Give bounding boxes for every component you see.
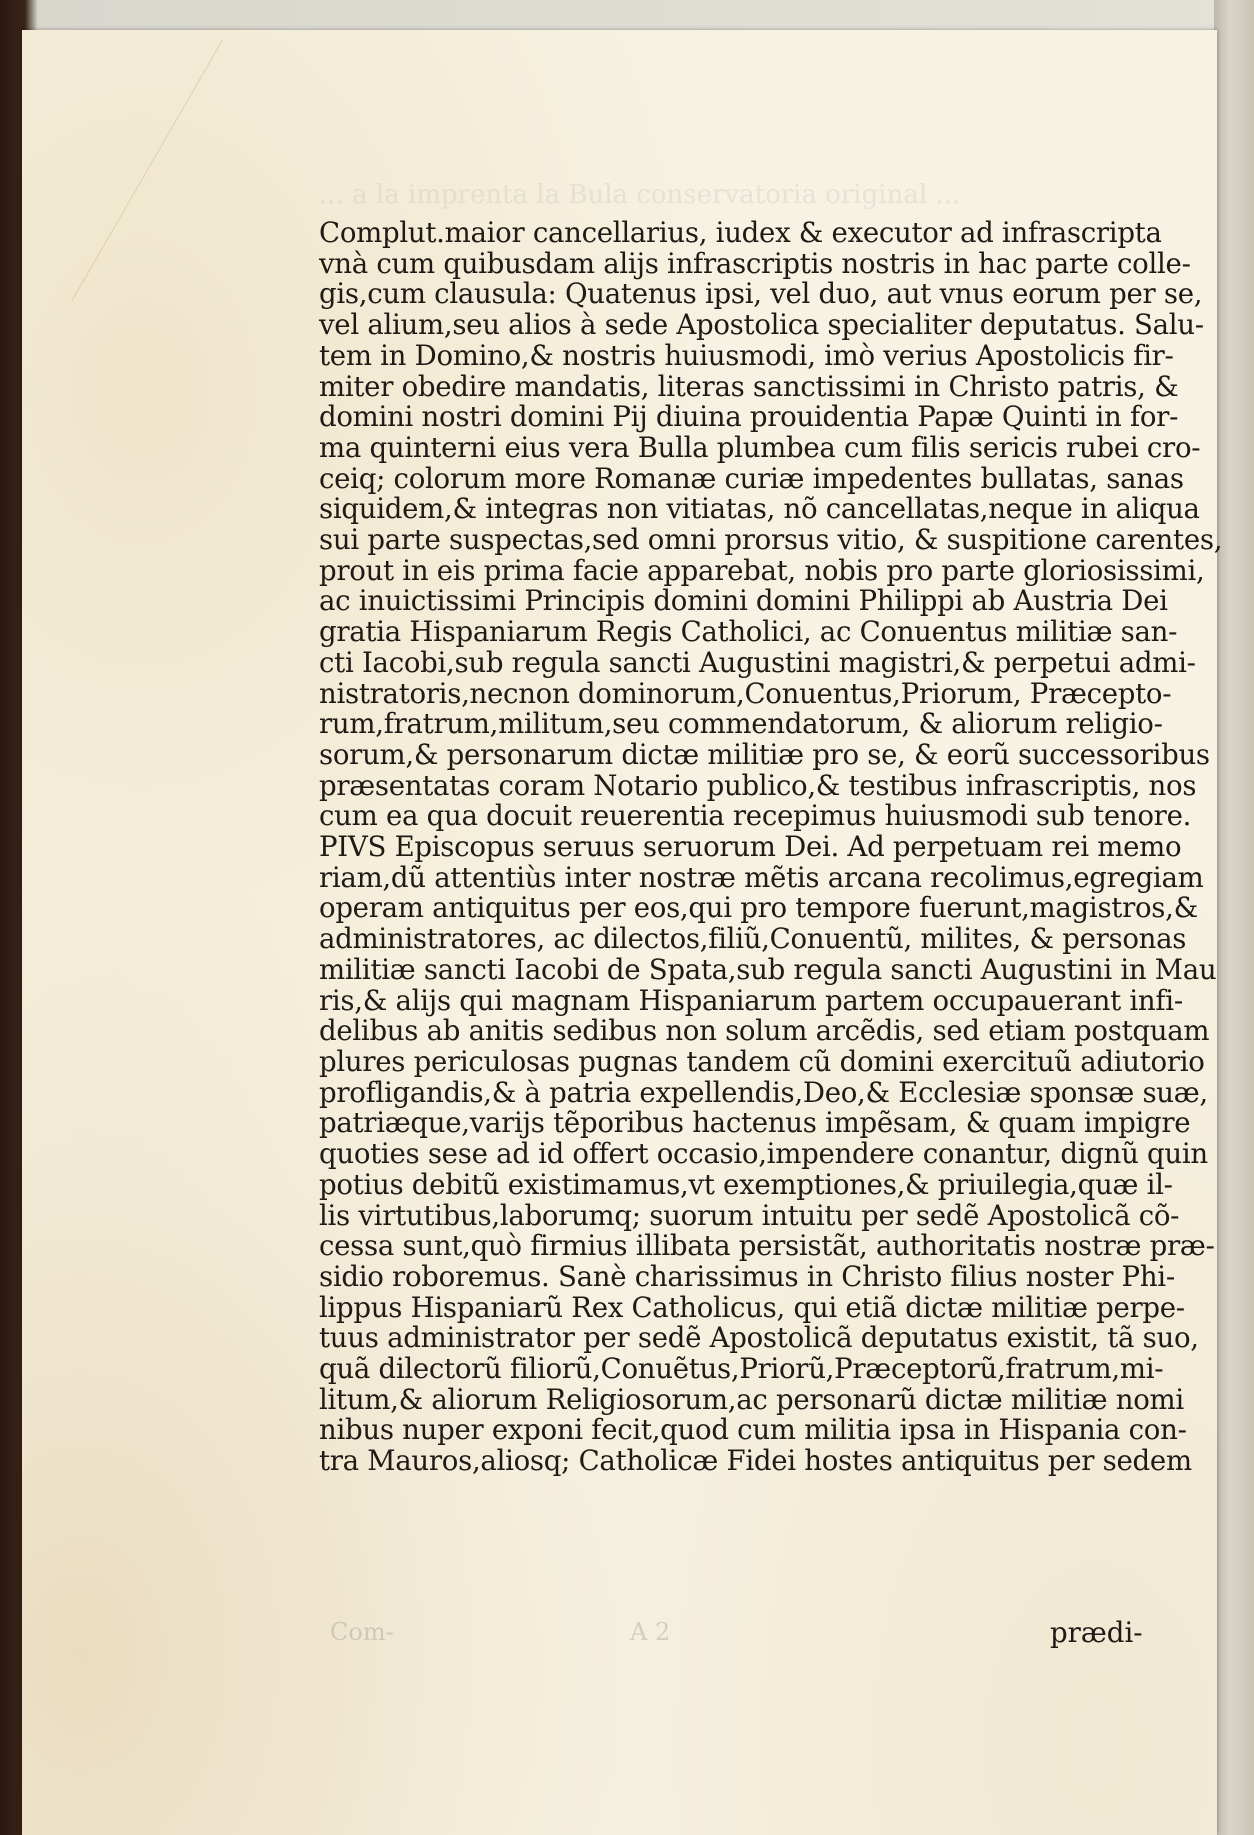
text-line: profligandis,& à patria expellendis,Deo,…	[319, 1078, 1131, 1109]
text-line: patriæque,varijs tẽporibus hactenus impẽ…	[319, 1108, 1131, 1139]
text-line: sidio roboremus. Sanè charissimus in Chr…	[319, 1262, 1131, 1293]
text-line: vel alium,seu alios à sede Apostolica sp…	[319, 310, 1131, 341]
text-line: quoties sese ad id offert occasio,impend…	[319, 1139, 1131, 1170]
text-line: plures periculosas pugnas tandem cũ domi…	[319, 1047, 1131, 1078]
bleed-through-top-line: ... a la imprenta la Bula conservatoria …	[319, 180, 960, 210]
text-line: riam,dũ attentiùs inter nostræ mẽtis arc…	[319, 863, 1131, 894]
text-line: vnà cum quibusdam alijs infrascriptis no…	[319, 249, 1131, 280]
text-line: Complut.maior cancellarius, iudex & exec…	[319, 218, 1131, 249]
text-line: ris,& alijs qui magnam Hispaniarum parte…	[319, 986, 1131, 1017]
text-line: nibus nuper exponi fecit,quod cum militi…	[319, 1415, 1131, 1446]
text-line: prout in eis prima facie apparebat, nobi…	[319, 556, 1131, 587]
bleed-through-text: ... a la imprenta la Bula conservatoria …	[319, 180, 1131, 210]
bleed-signature: A 2	[630, 1618, 670, 1646]
text-line: sorum,& personarum dictæ militiæ pro se,…	[319, 740, 1131, 771]
text-line: litum,& aliorum Religiosorum,ac personar…	[319, 1385, 1131, 1416]
catchword: prædi-	[1050, 1616, 1143, 1649]
text-line: ma quinterni eius vera Bulla plumbea cum…	[319, 433, 1131, 464]
text-line: miter obedire mandatis, literas sanctiss…	[319, 372, 1131, 403]
text-line: cessa sunt,quò firmius illibata persistã…	[319, 1231, 1131, 1262]
text-line: cti Iacobi,sub regula sancti Augustini m…	[319, 648, 1131, 679]
adjacent-page-edge	[1214, 0, 1254, 1835]
body-text: Complut.maior cancellarius, iudex & exec…	[319, 218, 1131, 1477]
text-line: quã dilectorũ filiorũ,Conuẽtus,Priorũ,Pr…	[319, 1354, 1131, 1385]
text-line: gratia Hispaniarum Regis Catholici, ac C…	[319, 617, 1131, 648]
text-line: nistratoris,necnon dominorum,Conuentus,P…	[319, 679, 1131, 710]
text-line: rum,fratrum,militum,seu commendatorum, &…	[319, 709, 1131, 740]
text-line: militiæ sancti Iacobi de Spata,sub regul…	[319, 955, 1131, 986]
text-line: ceiq; colorum more Romanæ curiæ impedent…	[319, 464, 1131, 495]
text-line: lis virtutibus,laborumq; suorum intuitu …	[319, 1201, 1131, 1232]
text-line: delibus ab anitis sedibus non solum arcẽ…	[319, 1016, 1131, 1047]
text-line: potius debitũ existimamus,vt exemptiones…	[319, 1170, 1131, 1201]
text-line: operam antiquitus per eos,qui pro tempor…	[319, 893, 1131, 924]
bleed-catchword: Com-	[330, 1618, 394, 1646]
text-line: domini nostri domini Pij diuina prouiden…	[319, 402, 1131, 433]
text-line: tem in Domino,& nostris huiusmodi, imò v…	[319, 341, 1131, 372]
text-line: præsentatas coram Notario publico,& test…	[319, 771, 1131, 802]
text-line: lippus Hispaniarũ Rex Catholicus, qui et…	[319, 1293, 1131, 1324]
text-line: sui parte suspectas,sed omni prorsus vit…	[319, 525, 1131, 556]
text-line: cum ea qua docuit reuerentia recepimus h…	[319, 801, 1131, 832]
text-line: administratores, ac dilectos,filiũ,Conue…	[319, 924, 1131, 955]
text-line: tuus administrator per sedẽ Apostolicã d…	[319, 1323, 1131, 1354]
text-line: gis,cum clausula: Quatenus ipsi, vel duo…	[319, 279, 1131, 310]
text-line: PIVS Episcopus seruus seruorum Dei. Ad p…	[319, 832, 1131, 863]
text-line: tra Mauros,aliosq; Catholicæ Fidei hoste…	[319, 1446, 1131, 1477]
text-line: ac inuictissimi Principis domini domini …	[319, 586, 1131, 617]
text-line: siquidem,& integras non vitiatas, nõ can…	[319, 494, 1131, 525]
